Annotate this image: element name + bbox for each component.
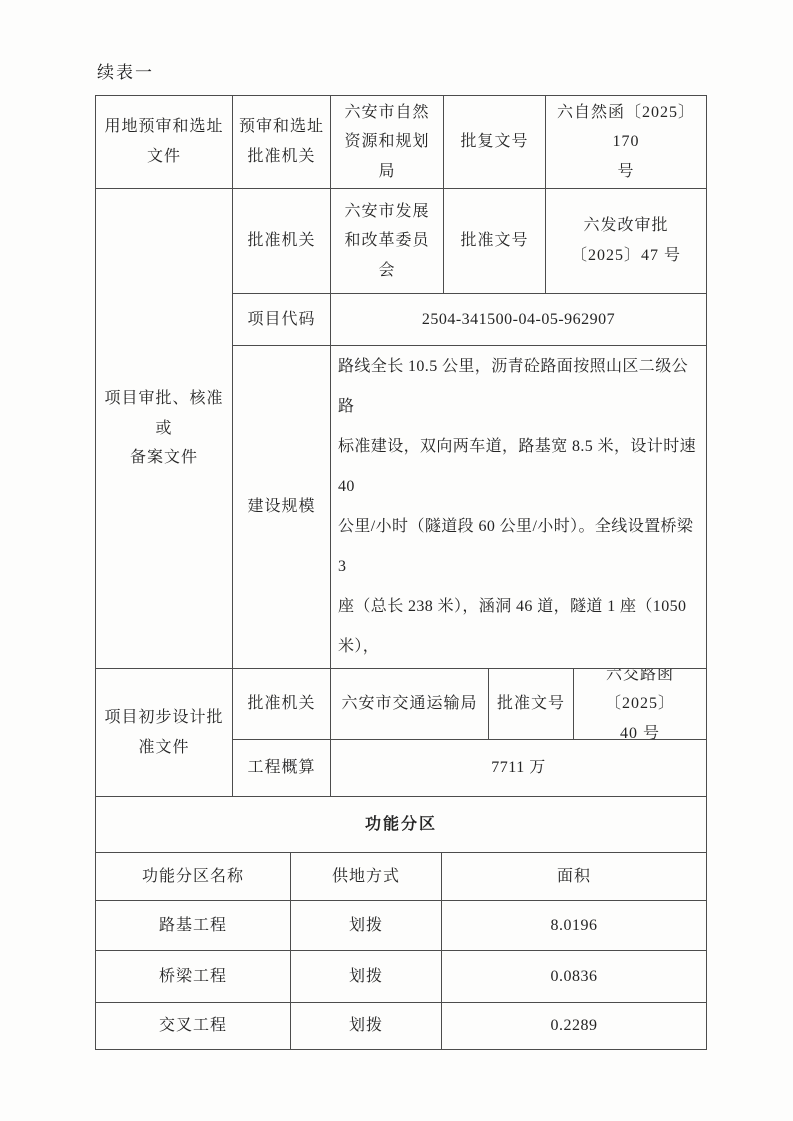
scale-line: 路线全长 10.5 公里，沥青砼路面按照山区二级公路 bbox=[338, 347, 701, 427]
scale-line: 平面交叉 14 处，配套建设相关附属设施。项目分二 bbox=[338, 667, 701, 668]
design-org-value: 六安市交通运输局 bbox=[331, 669, 489, 739]
scale-line: 标准建设，双向两车道，路基宽 8.5 米，设计时速 40 bbox=[338, 427, 701, 507]
budget-value: 7711 万 bbox=[331, 740, 706, 796]
zone-area: 8.0196 bbox=[442, 901, 706, 950]
zones-header-row: 功能分区 bbox=[96, 797, 706, 853]
construction-scale-row: 建设规模 路线全长 10.5 公里，沥青砼路面按照山区二级公路 标准建设，双向两… bbox=[233, 346, 706, 668]
construction-scale-text: 路线全长 10.5 公里，沥青砼路面按照山区二级公路 标准建设，双向两车道，路基… bbox=[338, 347, 701, 668]
project-code-row: 项目代码 2504-341500-04-05-962907 bbox=[233, 294, 706, 346]
project-code-value: 2504-341500-04-05-962907 bbox=[331, 294, 706, 345]
land-org-value: 六安市自然 资源和规划 局 bbox=[331, 96, 444, 188]
approval-table: 用地预审和选址 文件 预审和选址 批准机关 六安市自然 资源和规划 局 批复文号… bbox=[95, 95, 707, 1050]
zone-row-bridge: 桥梁工程 划拨 0.0836 bbox=[96, 951, 706, 1003]
project-code-label: 项目代码 bbox=[233, 294, 331, 345]
approval-org-row: 批准机关 六安市发展 和改革委员 会 批准文号 六发改审批 〔2025〕47 号 bbox=[233, 189, 706, 294]
design-doc-label: 批准文号 bbox=[489, 669, 574, 739]
land-doc-number: 六自然函〔2025〕170 号 bbox=[546, 96, 706, 188]
zone-area: 0.2289 bbox=[442, 1003, 706, 1049]
land-preapproval-label: 用地预审和选址 文件 bbox=[96, 96, 233, 188]
land-preapproval-row: 用地预审和选址 文件 预审和选址 批准机关 六安市自然 资源和规划 局 批复文号… bbox=[96, 96, 706, 189]
land-org-label: 预审和选址 批准机关 bbox=[233, 96, 331, 188]
design-org-label: 批准机关 bbox=[233, 669, 331, 739]
zone-supply: 划拨 bbox=[291, 951, 442, 1002]
project-approval-section: 项目审批、核准或 备案文件 批准机关 六安市发展 和改革委员 会 批准文号 六发… bbox=[96, 189, 706, 669]
zones-header: 功能分区 bbox=[96, 797, 706, 852]
scale-line: 公里/小时（隧道段 60 公里/小时）。全线设置桥梁 3 bbox=[338, 507, 701, 587]
zone-area: 0.0836 bbox=[442, 951, 706, 1002]
design-doc-number: 六交路函〔2025〕 40 号 bbox=[574, 669, 706, 739]
zone-col-area: 面积 bbox=[442, 853, 706, 900]
zone-name: 桥梁工程 bbox=[96, 951, 291, 1002]
zone-row-roadbed: 路基工程 划拨 8.0196 bbox=[96, 901, 706, 951]
zones-columns-row: 功能分区名称 供地方式 面积 bbox=[96, 853, 706, 901]
approval-org-value: 六安市发展 和改革委员 会 bbox=[331, 189, 444, 293]
approval-doc-label: 批准文号 bbox=[444, 189, 546, 293]
zone-name: 路基工程 bbox=[96, 901, 291, 950]
page-title: 续表一 bbox=[97, 58, 154, 83]
approval-org-label: 批准机关 bbox=[233, 189, 331, 293]
zone-col-supply: 供地方式 bbox=[291, 853, 442, 900]
preliminary-design-subrows: 批准机关 六安市交通运输局 批准文号 六交路函〔2025〕 40 号 工程概算 … bbox=[233, 669, 706, 796]
construction-scale-value: 路线全长 10.5 公里，沥青砼路面按照山区二级公路 标准建设，双向两车道，路基… bbox=[331, 346, 706, 668]
zone-supply: 划拨 bbox=[291, 1003, 442, 1049]
land-doc-label: 批复文号 bbox=[444, 96, 546, 188]
zone-name: 交叉工程 bbox=[96, 1003, 291, 1049]
preliminary-design-section: 项目初步设计批 准文件 批准机关 六安市交通运输局 批准文号 六交路函〔2025… bbox=[96, 669, 706, 797]
zone-supply: 划拨 bbox=[291, 901, 442, 950]
scale-line: 座（总长 238 米），涵洞 46 道，隧道 1 座（1050 米）， bbox=[338, 587, 701, 667]
design-org-row: 批准机关 六安市交通运输局 批准文号 六交路函〔2025〕 40 号 bbox=[233, 669, 706, 740]
approval-doc-number: 六发改审批 〔2025〕47 号 bbox=[546, 189, 706, 293]
project-approval-subrows: 批准机关 六安市发展 和改革委员 会 批准文号 六发改审批 〔2025〕47 号… bbox=[233, 189, 706, 668]
budget-row: 工程概算 7711 万 bbox=[233, 740, 706, 796]
preliminary-design-label: 项目初步设计批 准文件 bbox=[96, 669, 233, 796]
budget-label: 工程概算 bbox=[233, 740, 331, 796]
scanned-document-page: 续表一 用地预审和选址 文件 预审和选址 批准机关 六安市自然 资源和规划 局 … bbox=[0, 0, 793, 1121]
construction-scale-label: 建设规模 bbox=[233, 346, 331, 668]
project-approval-label: 项目审批、核准或 备案文件 bbox=[96, 189, 233, 668]
zone-col-name: 功能分区名称 bbox=[96, 853, 291, 900]
zone-row-intersection: 交叉工程 划拨 0.2289 bbox=[96, 1003, 706, 1049]
